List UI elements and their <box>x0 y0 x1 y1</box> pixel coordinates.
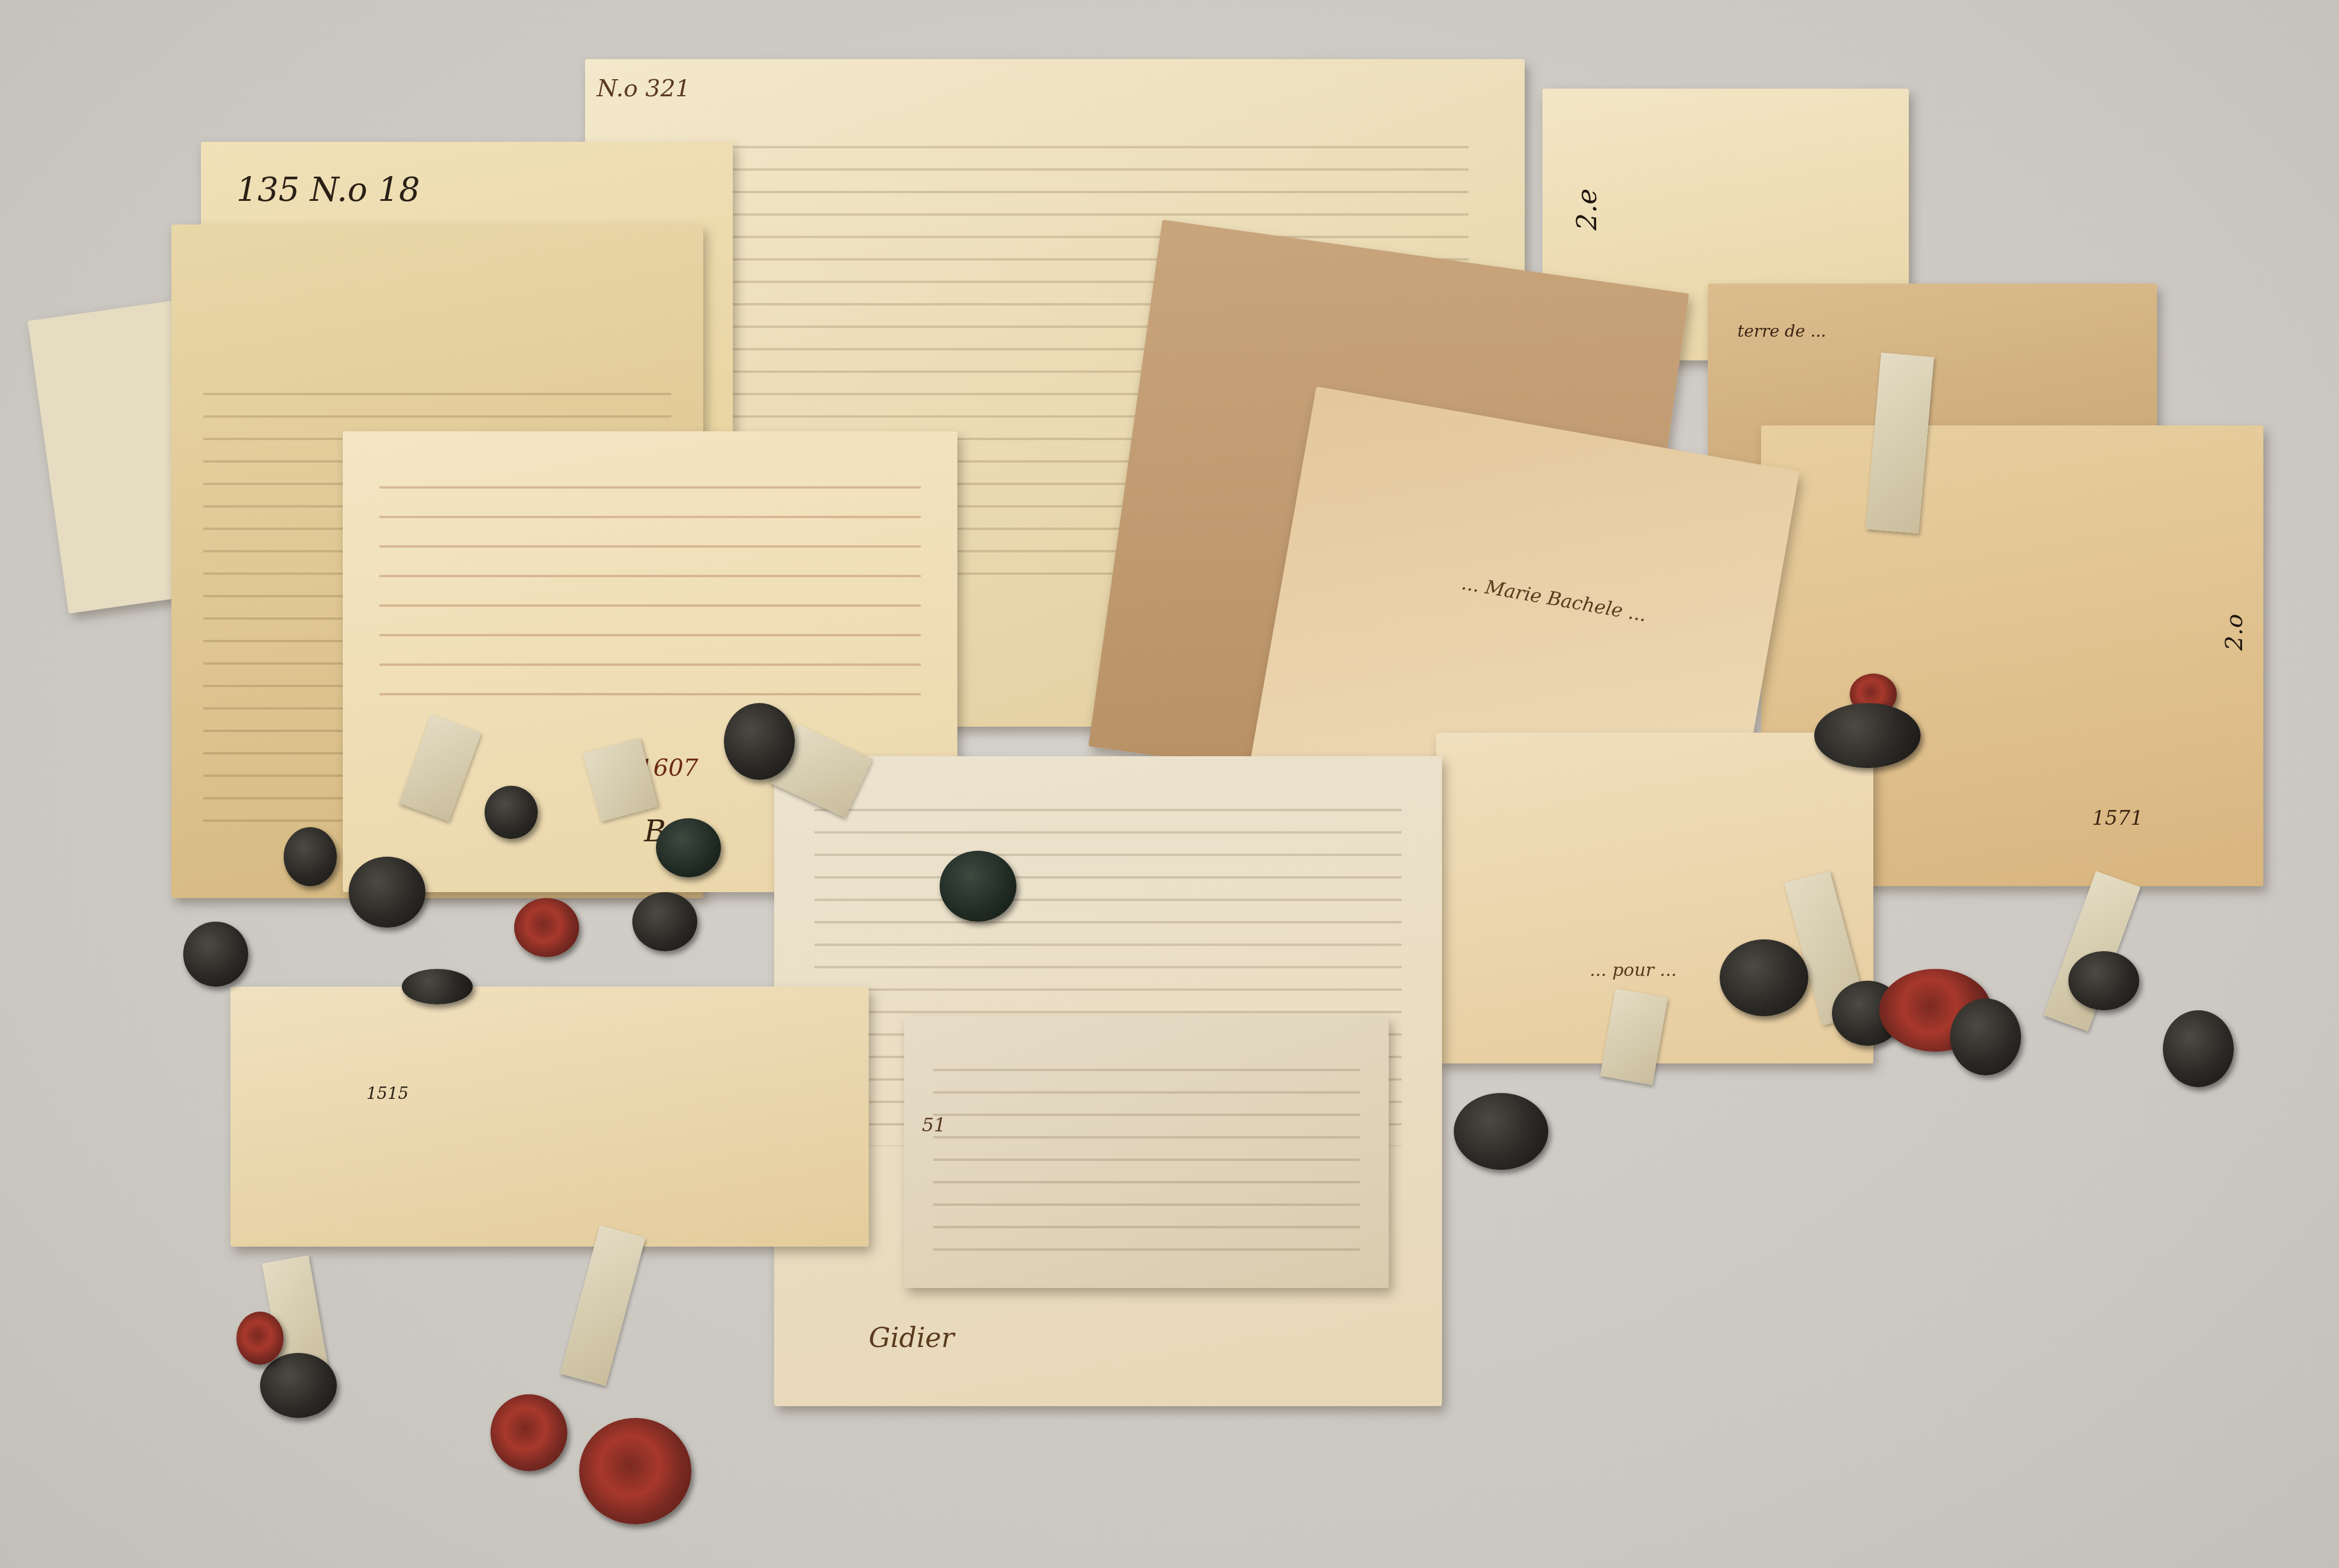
wax-seal <box>402 969 473 1004</box>
charter-text: terre de ... <box>1737 319 1826 344</box>
charter-text: ... Marie Bachele ... <box>1459 568 1649 629</box>
wax-seal <box>724 703 795 780</box>
wax-seal <box>236 1312 284 1365</box>
charter-annotation: 51 <box>922 1111 946 1139</box>
wax-seal <box>1950 998 2021 1075</box>
wax-seal <box>349 857 425 928</box>
wax-seal <box>656 818 721 877</box>
bottom-center-charter: 51 <box>904 1016 1389 1288</box>
wax-seal <box>490 1394 567 1471</box>
wax-seal <box>579 1418 691 1524</box>
wax-seal <box>1814 703 1921 768</box>
wax-seal <box>514 898 579 957</box>
charter-annotation: 135 N.o 18 <box>236 165 420 215</box>
wax-seal <box>260 1353 337 1418</box>
wax-seal <box>940 851 1016 922</box>
wax-seal <box>632 892 697 951</box>
wax-seal <box>183 922 248 987</box>
charter-annotation: 2.o <box>2217 614 2252 650</box>
charter-text: ... pour ... <box>1590 957 1677 984</box>
charter-annotation: N.o 321 <box>597 71 690 106</box>
wax-seal <box>2163 1010 2234 1087</box>
charter-date: 1571 <box>2092 803 2143 834</box>
bottom-left-charter: 1515 <box>230 987 869 1247</box>
charter-date: 1515 <box>366 1081 408 1106</box>
wax-seal <box>2068 951 2139 1010</box>
wax-seal <box>485 786 538 839</box>
wax-seal <box>284 827 337 886</box>
wax-seal <box>1454 1093 1548 1170</box>
charter-signature: Gidier <box>869 1317 954 1358</box>
charter-annotation: 2.e <box>1567 188 1607 230</box>
wax-seal <box>1720 939 1808 1016</box>
